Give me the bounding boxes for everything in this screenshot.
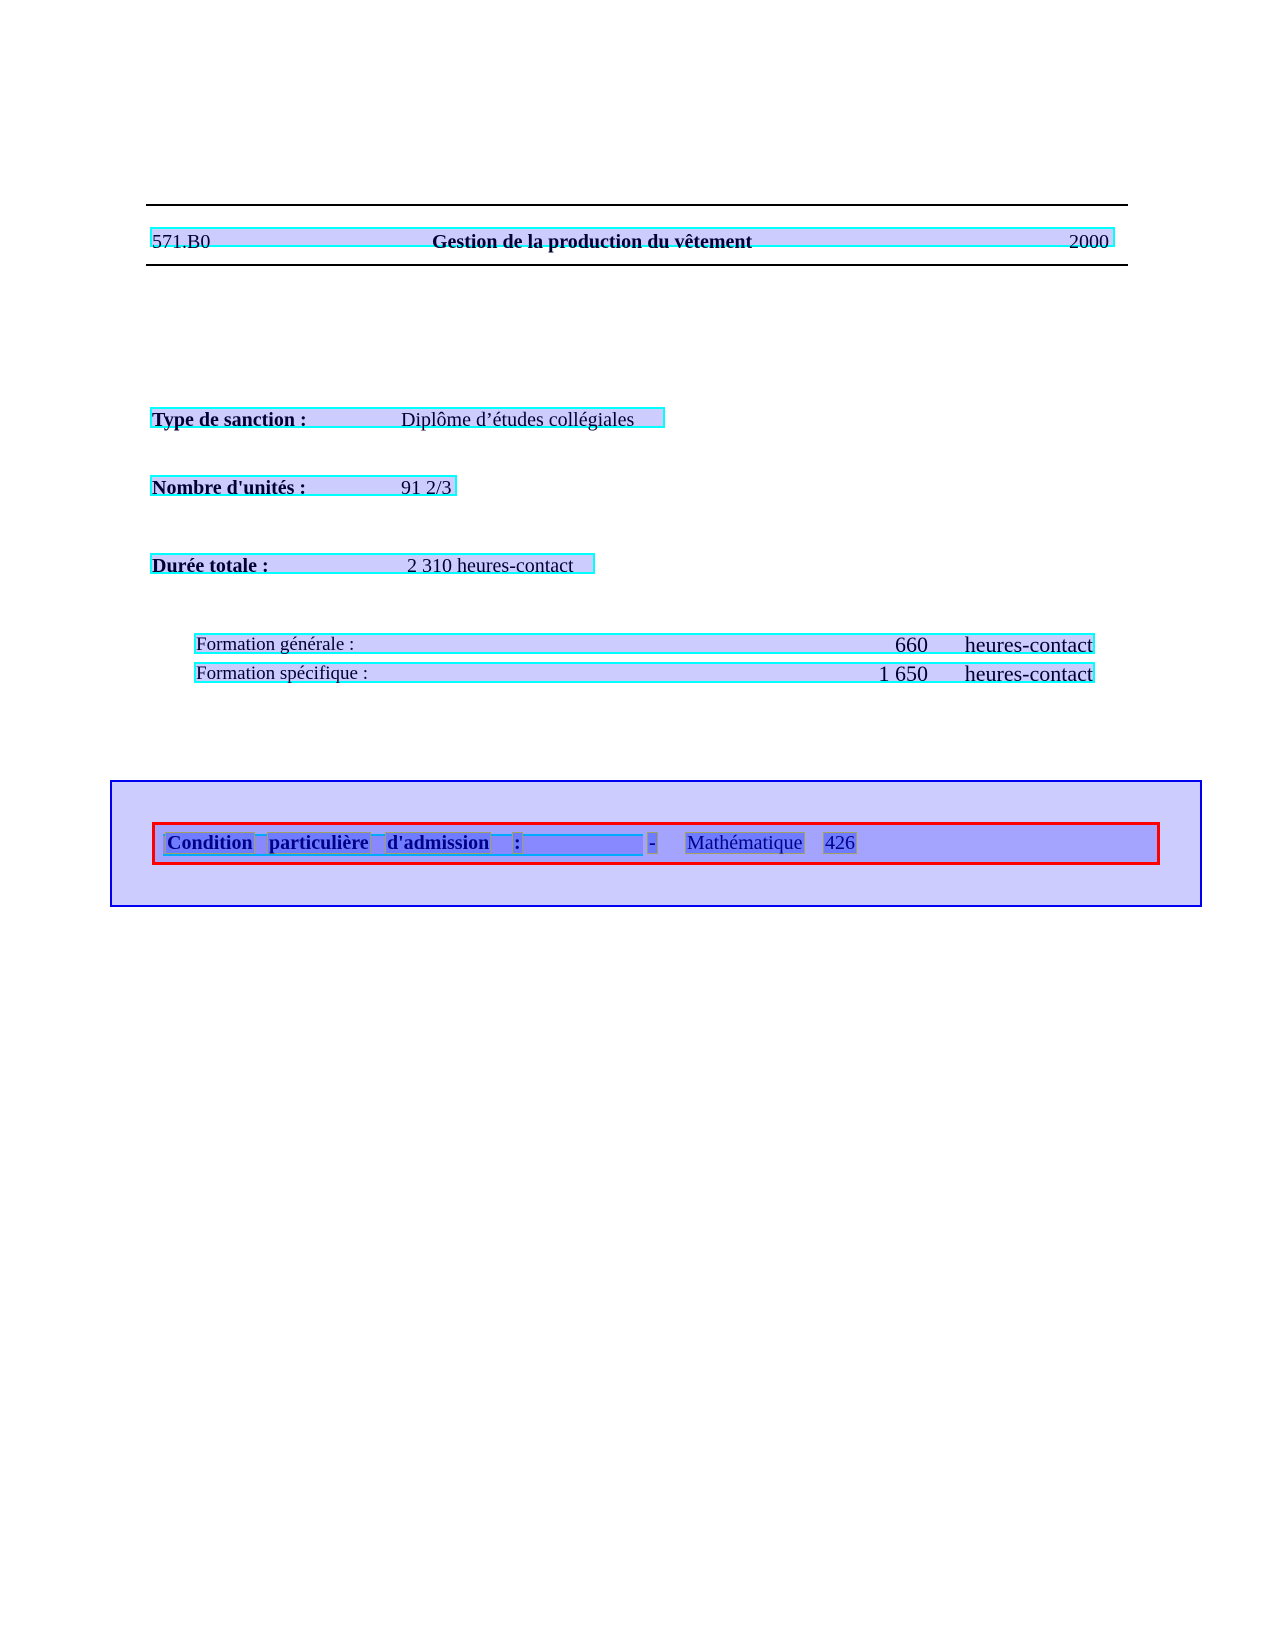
duration-label: Durée totale : — [152, 556, 269, 576]
admission-word: : — [512, 832, 523, 854]
admission-word: d'admission — [385, 832, 491, 854]
admission-word: particulière — [267, 832, 371, 854]
admission-word: Condition — [165, 832, 255, 854]
program-year: 2000 — [1069, 232, 1109, 252]
units-row: Nombre d'unités : 91 2/3 — [150, 475, 457, 496]
sanction-value: Diplôme d’études collégiales — [401, 410, 634, 430]
units-label: Nombre d'unités : — [152, 478, 306, 498]
breakdown-label: Formation spécifique : — [196, 664, 368, 683]
program-title: Gestion de la production du vêtement — [432, 232, 752, 252]
program-code: 571.B0 — [152, 232, 210, 252]
duration-value: 2 310 heures-contact — [407, 556, 574, 576]
breakdown-row-specific: Formation spécifique : 1 650 heures-cont… — [194, 662, 1095, 683]
program-header: 571.B0 Gestion de la production du vêtem… — [150, 227, 1115, 247]
sanction-row: Type de sanction : Diplôme d’études coll… — [150, 407, 665, 428]
admission-course: Mathématique — [685, 832, 805, 854]
breakdown-hours: 1 650 — [879, 663, 929, 685]
bottom-rule — [146, 264, 1128, 266]
breakdown-unit: heures-contact — [965, 663, 1093, 685]
breakdown-label: Formation générale : — [196, 635, 354, 654]
duration-row: Durée totale : 2 310 heures-contact — [150, 553, 595, 574]
admission-dash: - — [647, 832, 658, 854]
units-value: 91 2/3 — [401, 478, 452, 498]
breakdown-row-general: Formation générale : 660 heures-contact — [194, 633, 1095, 654]
top-rule — [146, 204, 1128, 206]
sanction-label: Type de sanction : — [152, 410, 307, 430]
breakdown-unit: heures-contact — [965, 634, 1093, 656]
admission-course-number: 426 — [823, 832, 857, 854]
breakdown-hours: 660 — [895, 634, 928, 656]
